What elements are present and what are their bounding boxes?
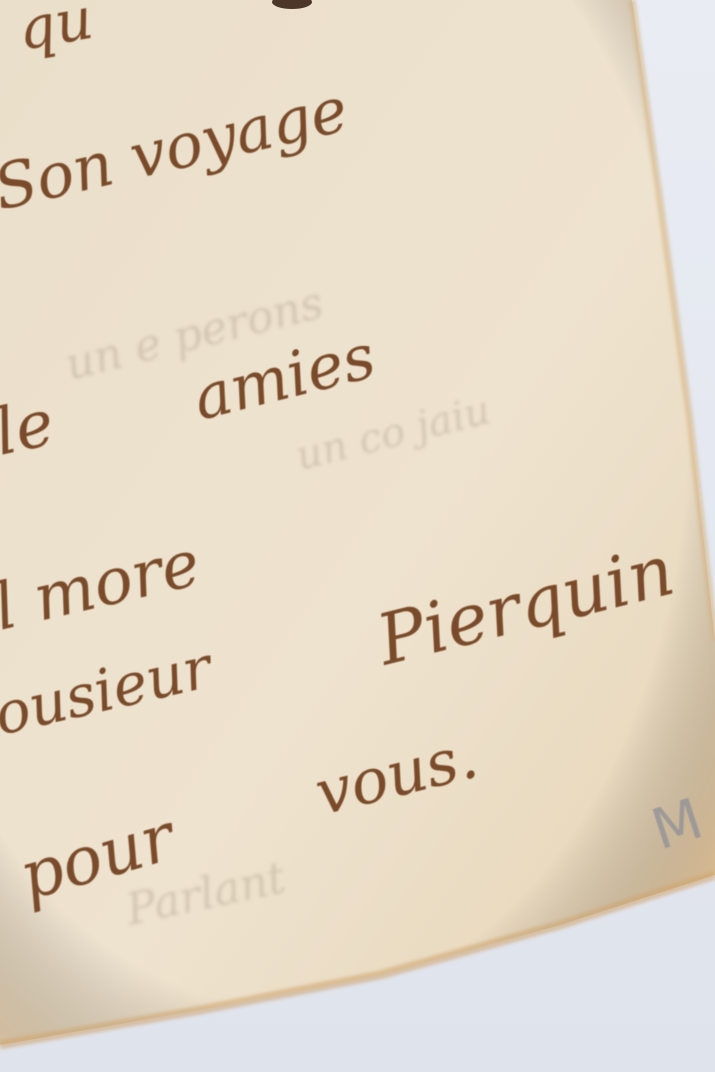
photo-scene: un e perons un co jaiu Parlant qu Son vo…	[0, 0, 715, 1072]
letter-paper: un e perons un co jaiu Parlant qu Son vo…	[0, 0, 715, 1072]
